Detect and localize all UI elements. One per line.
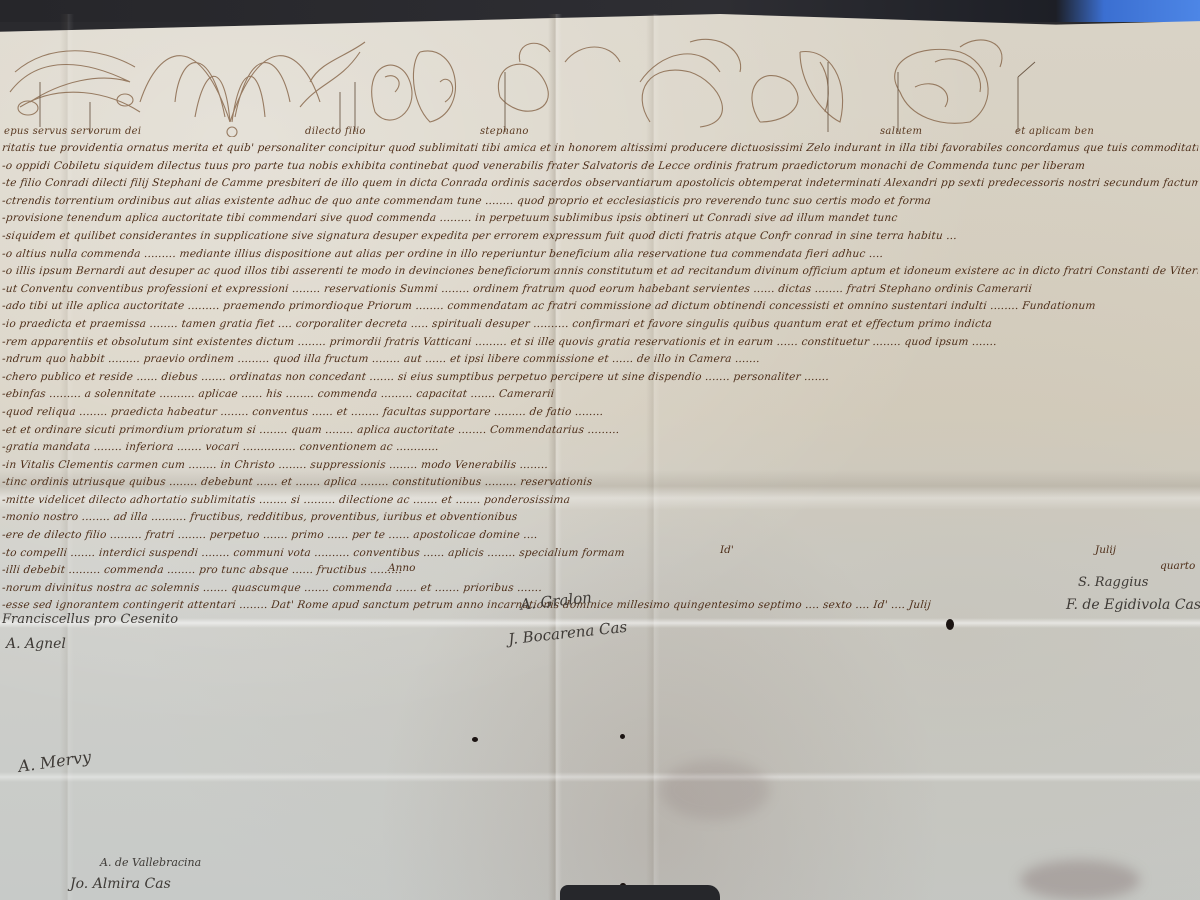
manuscript-line: -et et ordinare sicuti primordium priora… xyxy=(1,422,1199,440)
manuscript-line: ritatis tue providentia ornatus merita e… xyxy=(1,140,1199,158)
manuscript-line: -tinc ordinis utriusque quibus ........ … xyxy=(1,474,1199,492)
manuscript-line: -ut Conventu conventibus professioni et … xyxy=(1,281,1199,299)
manuscript-line: -ado tibi ut ille aplica auctoritate ...… xyxy=(1,298,1199,316)
ink-spot xyxy=(946,619,954,630)
heading-word: salutem xyxy=(880,126,922,137)
manuscript-line: -in Vitalis Clementis carmen cum .......… xyxy=(1,457,1199,475)
manuscript-line: -te filio Conradi dilecti filij Stephani… xyxy=(1,175,1199,193)
manuscript-line: -norum divinitus nostra ac solemnis ....… xyxy=(1,580,1199,598)
signature: Jo. Almira Cas xyxy=(70,876,171,892)
manuscript-line: -provisione tenendum aplica auctoritate … xyxy=(1,210,1199,228)
manuscript-line: -mitte videlicet dilecto adhortatio subl… xyxy=(1,492,1199,510)
dating-word: Anno xyxy=(388,562,415,574)
dating-word: Id' xyxy=(720,544,734,556)
manuscript-line: -chero publico et reside ...... diebus .… xyxy=(1,369,1199,387)
manuscript-line: -quod reliqua ........ praedicta habeatu… xyxy=(1,404,1199,422)
signature: S. Raggius xyxy=(1078,575,1148,590)
signature: A. de Vallebracina xyxy=(100,856,201,869)
phone-edge xyxy=(560,885,720,900)
manuscript-line: -ndrum quo habbit ......... praevio ordi… xyxy=(1,351,1199,369)
heading-word: stephano xyxy=(480,126,529,137)
dating-clause: Anno Id' Julij quarto xyxy=(0,536,1200,576)
dating-word: quarto xyxy=(1160,560,1195,572)
ink-spot xyxy=(620,734,625,739)
calligraphic-ornament-icon xyxy=(0,22,1060,137)
manuscript-line: -gratia mandata ........ inferiora .....… xyxy=(1,439,1199,457)
manuscript-line: -o oppidi Cobiletu siquidem dilectus tuu… xyxy=(1,158,1199,176)
stain xyxy=(660,760,770,820)
manuscript-line: -esse sed ignorantem contingerit attenta… xyxy=(1,597,1199,615)
manuscript-line: -o illis ipsum Bernardi aut desuper ac q… xyxy=(1,263,1199,281)
dating-word: Julij xyxy=(1095,544,1116,556)
decorated-heading xyxy=(0,22,1060,137)
manuscript-line: -monio nostro ........ ad illa .........… xyxy=(1,509,1199,527)
manuscript-line: -o altius nulla commenda ......... media… xyxy=(1,246,1199,264)
manuscript-line: -ebinfas ......... a solennitate .......… xyxy=(1,386,1199,404)
ink-spot xyxy=(472,737,478,742)
manuscript-line: -rem apparentiis et obsolutum sint exist… xyxy=(1,334,1199,352)
manuscript-line: -siquidem et quilibet considerantes in s… xyxy=(1,228,1199,246)
heading-word: et aplicam ben xyxy=(1015,126,1094,137)
manuscript-line: -io praedicta et praemissa ........ tame… xyxy=(1,316,1199,334)
stain xyxy=(1020,860,1140,900)
signature: A. Agnel xyxy=(6,636,66,652)
heading-word: dilecto filio xyxy=(305,126,366,137)
heading-word: epus servus servorum dei xyxy=(4,126,141,137)
signature: F. de Egidivola Cas xyxy=(1066,597,1200,613)
signature: Franciscellus pro Cesenito xyxy=(2,612,178,627)
horizontal-fold xyxy=(0,772,1200,782)
manuscript-line: -ctrendis torrentium ordinibus aut alias… xyxy=(1,193,1199,211)
